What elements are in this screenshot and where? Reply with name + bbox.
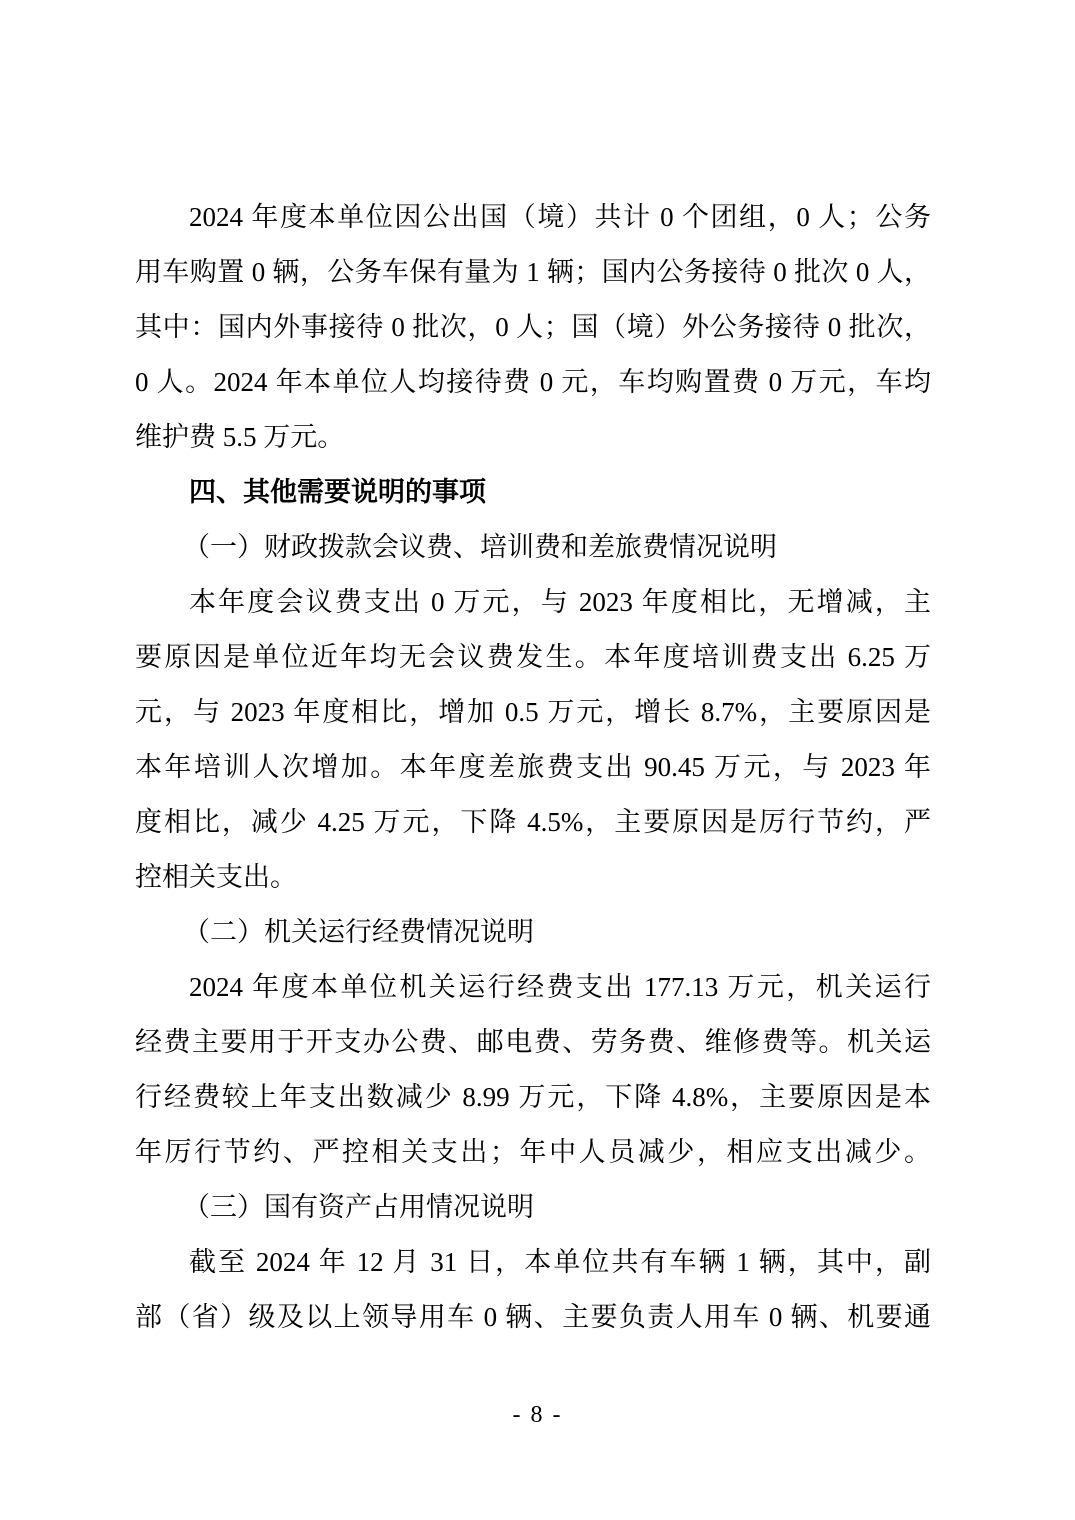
text-line: 其中：国内外事接待 0 批次，0 人；国（境）外公务接待 0 批次， [135, 300, 931, 355]
text-line: 元，与 2023 年度相比，增加 0.5 万元，增长 8.7%，主要原因是 [135, 685, 931, 740]
text-line: 截至 2024 年 12 月 31 日，本单位共有车辆 1 辆，其中，副 [135, 1235, 931, 1290]
text-line: 2024 年度本单位机关运行经费支出 177.13 万元，机关运行 [135, 960, 931, 1015]
text-line: 年厉行节约、严控相关支出；年中人员减少，相应支出减少。 [135, 1125, 931, 1180]
text-line: 维护费 5.5 万元。 [135, 410, 931, 465]
document-page: 2024 年度本单位因公出国（境）共计 0 个团组，0 人；公务 用车购置 0 … [0, 0, 1075, 1520]
section-heading-4: 四、其他需要说明的事项 [135, 465, 931, 520]
paragraph-official-trips: 2024 年度本单位因公出国（境）共计 0 个团组，0 人；公务 用车购置 0 … [135, 190, 931, 465]
text-line: 0 人。2024 年本单位人均接待费 0 元，车均购置费 0 万元，车均 [135, 355, 931, 410]
document-body: 2024 年度本单位因公出国（境）共计 0 个团组，0 人；公务 用车购置 0 … [135, 190, 931, 1345]
text-line: 2024 年度本单位因公出国（境）共计 0 个团组，0 人；公务 [135, 190, 931, 245]
text-line: 用车购置 0 辆，公务车保有量为 1 辆；国内公务接待 0 批次 0 人， [135, 245, 931, 300]
paragraph-operating-expenses: 2024 年度本单位机关运行经费支出 177.13 万元，机关运行 经费主要用于… [135, 960, 931, 1180]
text-line: 控相关支出。 [135, 850, 931, 905]
subsection-heading-3: （三）国有资产占用情况说明 [135, 1180, 931, 1235]
text-line: 本年度会议费支出 0 万元，与 2023 年度相比，无增减，主 [135, 575, 931, 630]
subsection-heading-2: （二）机关运行经费情况说明 [135, 905, 931, 960]
text-line: 行经费较上年支出数减少 8.99 万元，下降 4.8%，主要原因是本 [135, 1070, 931, 1125]
text-line: 要原因是单位近年均无会议费发生。本年度培训费支出 6.25 万 [135, 630, 931, 685]
page-footer: - 8 - [0, 1402, 1075, 1429]
text-line: 本年培训人次增加。本年度差旅费支出 90.45 万元，与 2023 年 [135, 740, 931, 795]
page-number: - 8 - [513, 1402, 563, 1428]
text-line: 度相比，减少 4.25 万元，下降 4.5%，主要原因是厉行节约，严 [135, 795, 931, 850]
paragraph-state-assets: 截至 2024 年 12 月 31 日，本单位共有车辆 1 辆，其中，副 部（省… [135, 1235, 931, 1345]
subsection-heading-1: （一）财政拨款会议费、培训费和差旅费情况说明 [135, 520, 931, 575]
text-line: 经费主要用于开支办公费、邮电费、劳务费、维修费等。机关运 [135, 1015, 931, 1070]
text-line: 部（省）级及以上领导用车 0 辆、主要负责人用车 0 辆、机要通 [135, 1290, 931, 1345]
paragraph-meeting-training-travel: 本年度会议费支出 0 万元，与 2023 年度相比，无增减，主 要原因是单位近年… [135, 575, 931, 905]
